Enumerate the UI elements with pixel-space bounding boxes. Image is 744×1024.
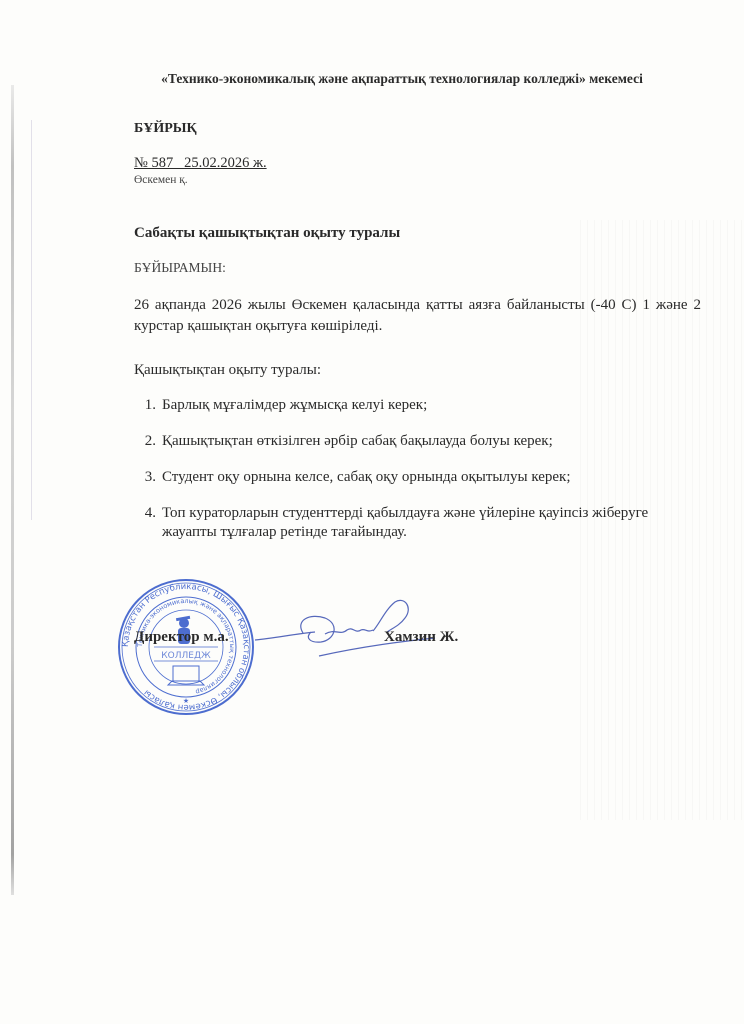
command-heading: БҰЙЫРАМЫН: — [134, 260, 226, 276]
order-paragraph: 26 ақпанда 2026 жылы Өскемен қаласында қ… — [134, 295, 701, 337]
list-heading: Қашықтықтан оқыту туралы: — [134, 362, 321, 379]
order-title: БҰЙРЫҚ — [134, 121, 197, 137]
scan-edge-artifact — [11, 85, 14, 895]
svg-text:★: ★ — [183, 697, 189, 705]
signatory-name: Хамзин Ж. — [384, 629, 458, 646]
order-items: 1.Барлық мұғалімдер жұмысқа келуі керек;… — [134, 396, 694, 559]
official-stamp-icon: Қазақстан Республикасы, Шығыс Қазақстан … — [116, 577, 256, 717]
organization-header: «Технико-экономикалық және ақпараттық те… — [0, 71, 744, 87]
svg-text:КОЛЛЕДЖ: КОЛЛЕДЖ — [161, 651, 211, 661]
list-item: 4.Топ кураторларын студенттерді қабылдау… — [134, 504, 694, 542]
order-subject: Сабақты қашықтықтан оқыту туралы — [134, 225, 400, 242]
list-item: 2.Қашықтықтан өткізілген әрбір сабақ бақ… — [134, 432, 694, 451]
list-item: 3.Студент оқу орнына келсе, сабақ оқу ор… — [134, 468, 694, 487]
signature-icon — [255, 598, 455, 658]
list-item: 1.Барлық мұғалімдер жұмысқа келуі керек; — [134, 396, 694, 415]
city: Өскемен қ. — [134, 174, 188, 186]
scan-edge-artifact — [31, 120, 32, 520]
signatory-title: Директор м.а. — [134, 629, 229, 646]
order-number-date: № 587 25.02.2026 ж. — [134, 155, 267, 172]
